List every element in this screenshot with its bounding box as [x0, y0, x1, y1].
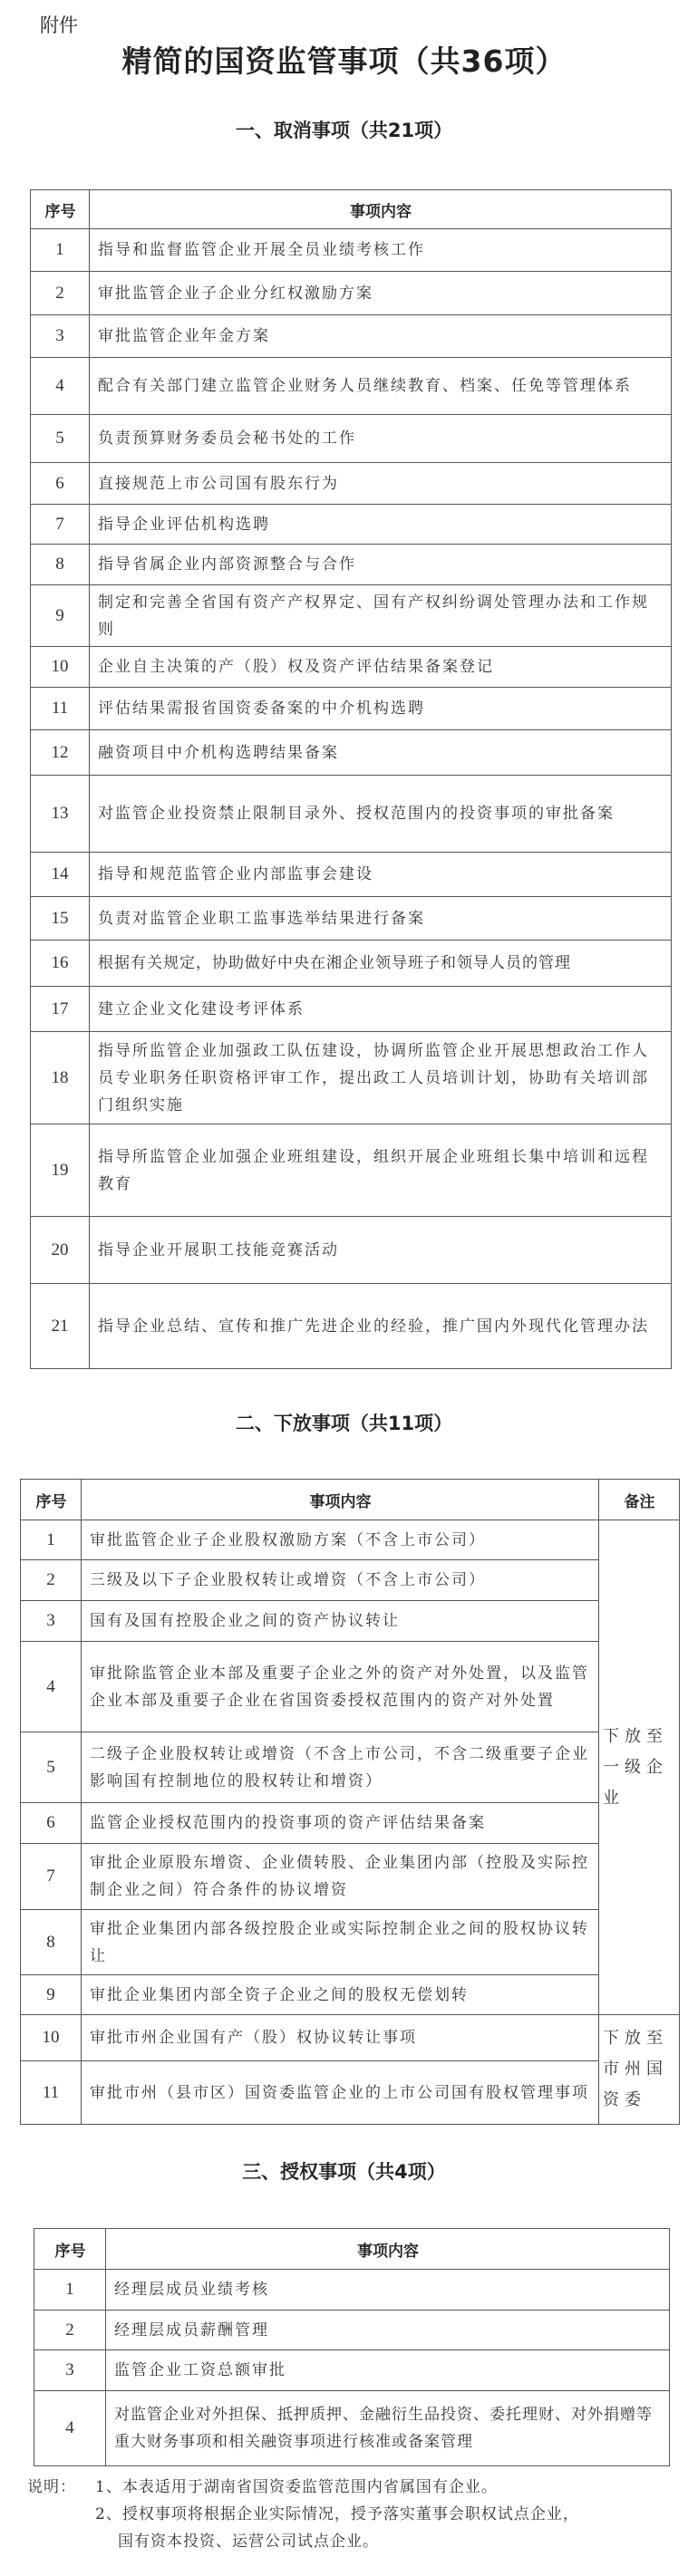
table-row: 3审批监管企业年金方案 — [31, 315, 672, 358]
row-number: 20 — [31, 1217, 90, 1284]
row-content: 指导企业开展职工技能竞赛活动 — [90, 1217, 672, 1284]
row-number: 4 — [31, 358, 90, 415]
table-header-row: 序号 事项内容 — [31, 190, 672, 229]
row-content: 直接规范上市公司国有股东行为 — [90, 463, 672, 505]
row-content: 审批市州（县市区）国资委监管企业的上市公司国有股权管理事项 — [82, 2061, 599, 2125]
table-row: 9审批企业集团内部全资子企业之间的股权无偿划转 — [21, 1975, 680, 2015]
row-number: 12 — [31, 730, 90, 776]
row-number: 10 — [21, 2015, 82, 2061]
row-content: 负责预算财务委员会秘书处的工作 — [90, 415, 672, 463]
row-number: 13 — [31, 776, 90, 853]
table-row: 1审批监管企业子企业股权激励方案（不含上市公司） 下放至一级企业 — [21, 1520, 680, 1560]
row-content: 制定和完善全省国有资产产权界定、国有产权纠纷调处管理办法和工作规则 — [90, 585, 672, 647]
table-row: 16根据有关规定，协助做好中央在湘企业领导班子和领导人员的管理 — [31, 941, 672, 987]
row-number: 18 — [31, 1032, 90, 1124]
row-content: 指导和监督监管企业开展全员业绩考核工作 — [90, 229, 672, 272]
row-number: 2 — [31, 272, 90, 315]
row-number: 7 — [21, 1844, 82, 1910]
row-number: 1 — [21, 1520, 82, 1560]
table-row: 6直接规范上市公司国有股东行为 — [31, 463, 672, 505]
row-content: 融资项目中介机构选聘结果备案 — [90, 730, 672, 776]
row-content: 指导企业评估机构选聘 — [90, 505, 672, 545]
row-number: 11 — [21, 2061, 82, 2125]
row-content: 监管企业授权范围内的投资事项的资产评估结果备案 — [82, 1803, 599, 1844]
row-number: 3 — [21, 1601, 82, 1642]
row-number: 9 — [31, 585, 90, 647]
row-content: 审批监管企业子企业股权激励方案（不含上市公司） — [82, 1520, 599, 1560]
row-content: 监管企业工资总额审批 — [106, 2350, 670, 2391]
row-number: 3 — [31, 315, 90, 358]
row-content: 负责对监管企业职工监事选举结果进行备案 — [90, 897, 672, 941]
row-number: 10 — [31, 647, 90, 688]
remark-cell: 下放至市州国资委 — [599, 2015, 680, 2125]
row-content: 审批监管企业年金方案 — [90, 315, 672, 358]
remark-cell: 下放至一级企业 — [599, 1520, 680, 2015]
row-number: 9 — [21, 1975, 82, 2015]
table-row: 11审批市州（县市区）国资委监管企业的上市公司国有股权管理事项 — [21, 2061, 680, 2125]
row-content: 对监管企业对外担保、抵押质押、金融衍生品投资、委托理财、对外捐赠等重大财务事项和… — [106, 2391, 670, 2466]
table-row: 20指导企业开展职工技能竞赛活动 — [31, 1217, 672, 1284]
table-row: 2经理层成员薪酬管理 — [34, 2311, 670, 2350]
row-number: 1 — [31, 229, 90, 272]
attachment-label: 附件 — [40, 11, 78, 38]
column-header-number: 序号 — [21, 1480, 82, 1520]
row-number: 8 — [31, 545, 90, 585]
table-row: 19指导所监管企业加强企业班组建设，组织开展企业班组长集中培训和远程教育 — [31, 1124, 672, 1217]
table-row: 3国有及国有控股企业之间的资产协议转让 — [21, 1601, 680, 1642]
table-row: 18指导所监管企业加强政工队伍建设，协调所监管企业开展思想政治工作人员专业职务任… — [31, 1032, 672, 1124]
table-row: 10审批市州企业国有产（股）权协议转让事项 下放至市州国资委 — [21, 2015, 680, 2061]
row-number: 4 — [34, 2391, 106, 2466]
notes: 说明： 1、本表适用于湖南省国资委监管范围内省属国有企业。 2、授权事项将根据企… — [27, 2474, 579, 2555]
column-header-number: 序号 — [31, 190, 90, 229]
row-content: 指导所监管企业加强政工队伍建设，协调所监管企业开展思想政治工作人员专业职务任职资… — [90, 1032, 672, 1124]
row-content: 审批市州企业国有产（股）权协议转让事项 — [82, 2015, 599, 2061]
column-header-content: 事项内容 — [106, 2229, 670, 2270]
table-row: 2三级及以下子企业股权转让或增资（不含上市公司） — [21, 1560, 680, 1601]
row-number: 2 — [21, 1560, 82, 1601]
note-item: 2、授权事项将根据企业实际情况，授予落实董事会职权试点企业， — [95, 2501, 579, 2528]
table-row: 13对监管企业投资禁止限制目录外、授权范围内的投资事项的审批备案 — [31, 776, 672, 853]
note-item: 国有资本投资、运营公司试点企业。 — [118, 2528, 379, 2555]
row-number: 6 — [31, 463, 90, 505]
table-row: 7审批企业原股东增资、企业债转股、企业集团内部（控股及实际控制企业之间）符合条件… — [21, 1844, 680, 1910]
table-row: 15负责对监管企业职工监事选举结果进行备案 — [31, 897, 672, 941]
table-row: 5负责预算财务委员会秘书处的工作 — [31, 415, 672, 463]
row-number: 8 — [21, 1910, 82, 1975]
row-content: 二级子企业股权转让或增资（不含上市公司，不含二级重要子企业影响国有控制地位的股权… — [82, 1732, 599, 1803]
table-row: 6监管企业授权范围内的投资事项的资产评估结果备案 — [21, 1803, 680, 1844]
row-content: 指导和规范监管企业内部监事会建设 — [90, 853, 672, 897]
document-title: 精简的国资监管事项（共36项） — [0, 38, 688, 81]
row-content: 国有及国有控股企业之间的资产协议转让 — [82, 1601, 599, 1642]
row-content: 审批企业原股东增资、企业债转股、企业集团内部（控股及实际控制企业之间）符合条件的… — [82, 1844, 599, 1910]
delegated-items-table: 序号 事项内容 备注 1审批监管企业子企业股权激励方案（不含上市公司） 下放至一… — [20, 1479, 680, 2125]
column-header-number: 序号 — [34, 2229, 106, 2270]
note-item: 1、本表适用于湖南省国资委监管范围内省属国有企业。 — [95, 2474, 498, 2501]
table-row: 8指导省属企业内部资源整合与合作 — [31, 545, 672, 585]
column-header-content: 事项内容 — [90, 190, 672, 229]
table-header-row: 序号 事项内容 — [34, 2229, 670, 2270]
table-row: 5二级子企业股权转让或增资（不含上市公司，不含二级重要子企业影响国有控制地位的股… — [21, 1732, 680, 1803]
table-header-row: 序号 事项内容 备注 — [21, 1480, 680, 1520]
row-number: 11 — [31, 688, 90, 730]
table-row: 1经理层成员业绩考核 — [34, 2270, 670, 2311]
row-number: 7 — [31, 505, 90, 545]
table-row: 9制定和完善全省国有资产产权界定、国有产权纠纷调处管理办法和工作规则 — [31, 585, 672, 647]
table-row: 3监管企业工资总额审批 — [34, 2350, 670, 2391]
row-number: 16 — [31, 941, 90, 987]
row-number: 2 — [34, 2311, 106, 2350]
table-row: 21指导企业总结、宣传和推广先进企业的经验，推广国内外现代化管理办法 — [31, 1284, 672, 1369]
row-content: 经理层成员薪酬管理 — [106, 2311, 670, 2350]
row-content: 指导企业总结、宣传和推广先进企业的经验，推广国内外现代化管理办法 — [90, 1284, 672, 1369]
notes-label: 说明： — [27, 2474, 95, 2501]
cancelled-items-table: 序号 事项内容 1指导和监督监管企业开展全员业绩考核工作 2审批监管企业子企业分… — [30, 189, 672, 1369]
row-number: 21 — [31, 1284, 90, 1369]
row-number: 19 — [31, 1124, 90, 1217]
row-content: 配合有关部门建立监管企业财务人员继续教育、档案、任免等管理体系 — [90, 358, 672, 415]
row-number: 14 — [31, 853, 90, 897]
row-content: 审批企业集团内部各级控股企业或实际控制企业之间的股权协议转让 — [82, 1910, 599, 1975]
row-number: 5 — [21, 1732, 82, 1803]
table-row: 11评估结果需报省国资委备案的中介机构选聘 — [31, 688, 672, 730]
column-header-remark: 备注 — [599, 1480, 680, 1520]
row-number: 1 — [34, 2270, 106, 2311]
row-content: 评估结果需报省国资委备案的中介机构选聘 — [90, 688, 672, 730]
row-content: 审批除监管企业本部及重要子企业之外的资产对外处置，以及监管企业本部及重要子企业在… — [82, 1642, 599, 1732]
table-row: 1指导和监督监管企业开展全员业绩考核工作 — [31, 229, 672, 272]
row-content: 指导所监管企业加强企业班组建设，组织开展企业班组长集中培训和远程教育 — [90, 1124, 672, 1217]
table-row: 7指导企业评估机构选聘 — [31, 505, 672, 545]
table-row: 8审批企业集团内部各级控股企业或实际控制企业之间的股权协议转让 — [21, 1910, 680, 1975]
row-number: 4 — [21, 1642, 82, 1732]
row-content: 对监管企业投资禁止限制目录外、授权范围内的投资事项的审批备案 — [90, 776, 672, 853]
row-number: 17 — [31, 987, 90, 1032]
table-row: 4审批除监管企业本部及重要子企业之外的资产对外处置，以及监管企业本部及重要子企业… — [21, 1642, 680, 1732]
row-content: 企业自主决策的产（股）权及资产评估结果备案登记 — [90, 647, 672, 688]
row-number: 3 — [34, 2350, 106, 2391]
table-row: 14指导和规范监管企业内部监事会建设 — [31, 853, 672, 897]
section-title-delegated: 二、下放事项（共11项） — [0, 1409, 688, 1436]
row-content: 审批企业集团内部全资子企业之间的股权无偿划转 — [82, 1975, 599, 2015]
row-number: 15 — [31, 897, 90, 941]
section-title-authorized: 三、授权事项（共4项） — [0, 2157, 688, 2185]
row-content: 指导省属企业内部资源整合与合作 — [90, 545, 672, 585]
section-title-cancelled: 一、取消事项（共21项） — [0, 116, 688, 143]
row-number: 5 — [31, 415, 90, 463]
row-content: 根据有关规定，协助做好中央在湘企业领导班子和领导人员的管理 — [90, 941, 672, 987]
row-content: 经理层成员业绩考核 — [106, 2270, 670, 2311]
column-header-content: 事项内容 — [82, 1480, 599, 1520]
row-content: 三级及以下子企业股权转让或增资（不含上市公司） — [82, 1560, 599, 1601]
row-content: 审批监管企业子企业分红权激励方案 — [90, 272, 672, 315]
table-row: 12融资项目中介机构选聘结果备案 — [31, 730, 672, 776]
table-row: 17建立企业文化建设考评体系 — [31, 987, 672, 1032]
table-row: 2审批监管企业子企业分红权激励方案 — [31, 272, 672, 315]
table-row: 4对监管企业对外担保、抵押质押、金融衍生品投资、委托理财、对外捐赠等重大财务事项… — [34, 2391, 670, 2466]
row-content: 建立企业文化建设考评体系 — [90, 987, 672, 1032]
row-number: 6 — [21, 1803, 82, 1844]
table-row: 10企业自主决策的产（股）权及资产评估结果备案登记 — [31, 647, 672, 688]
table-row: 4配合有关部门建立监管企业财务人员继续教育、档案、任免等管理体系 — [31, 358, 672, 415]
authorized-items-table: 序号 事项内容 1经理层成员业绩考核 2经理层成员薪酬管理 3监管企业工资总额审… — [34, 2228, 670, 2466]
